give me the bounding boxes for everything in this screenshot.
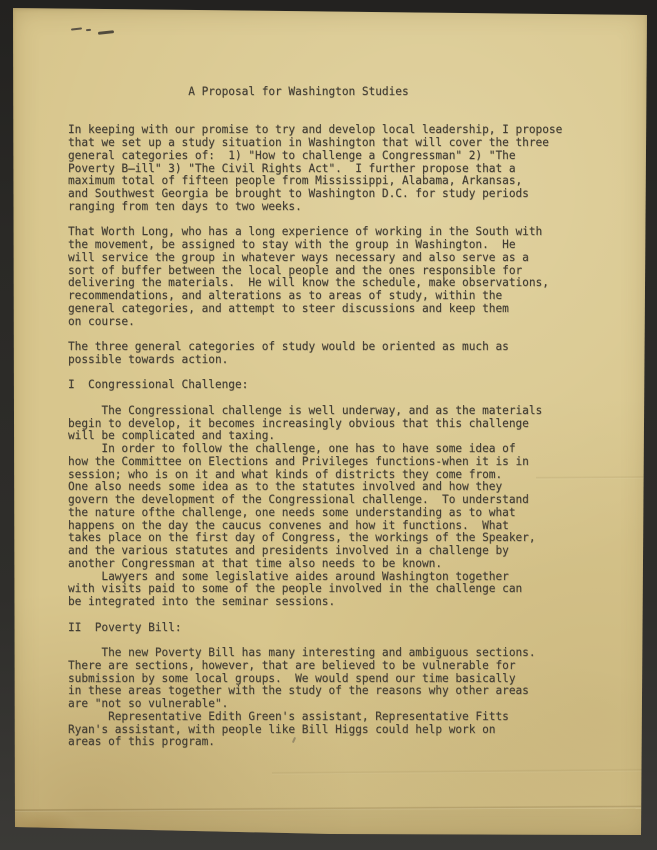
text-line: In order to follow the challenge, one ha… — [68, 443, 562, 456]
text-line: recommendations, and alterations as to a… — [68, 290, 562, 303]
text-line: how the Committee on Elections and Privi… — [68, 456, 562, 469]
document-page: A Proposal for Washington Studies In kee… — [12, 8, 648, 838]
text-line: There are sections, however, that are be… — [68, 660, 562, 673]
text-line: general categories, and attempt to steer… — [68, 303, 562, 316]
text-line: areas of this program. — [68, 736, 562, 749]
text-line: A Proposal for Washington Studies — [68, 86, 562, 99]
text-line: govern the development of the Congressio… — [68, 494, 562, 507]
text-line: The new Poverty Bill has many interestin… — [68, 647, 562, 660]
text-line: be integrated into the seminar sessions. — [68, 596, 562, 609]
text-line: possible towards action. — [68, 354, 562, 367]
text-line: another Congressman at that time also ne… — [68, 558, 562, 571]
pen-mark — [71, 27, 82, 30]
pen-mark — [98, 30, 114, 35]
scan-backdrop: A Proposal for Washington Studies In kee… — [0, 0, 657, 850]
text-line: The three general categories of study wo… — [68, 341, 562, 354]
pen-mark — [86, 29, 91, 31]
text-line: general categories of: 1) "How to challe… — [68, 150, 562, 163]
text-line: ranging from ten days to two weeks. — [68, 201, 562, 214]
text-line — [68, 99, 562, 112]
text-line: and Southwest Georgia be brought to Wash… — [68, 188, 562, 201]
text-line: Representative Edith Green's assistant, … — [68, 711, 562, 724]
text-line: the movement, be assigned to stay with t… — [68, 239, 562, 252]
text-line: and the various statutes and presidents … — [68, 545, 562, 558]
text-line: will service the group in whatever ways … — [68, 252, 562, 265]
paper-stain — [12, 794, 112, 838]
text-line: I Congressional Challenge: — [68, 379, 562, 392]
text-line: The Congressional challenge is well unde… — [68, 405, 562, 418]
document-text: A Proposal for Washington Studies In kee… — [68, 86, 562, 749]
text-line: are "not so vulnerable". — [68, 698, 562, 711]
text-line: that we set up a study situation in Wash… — [68, 137, 562, 150]
text-line: II Poverty Bill: — [68, 622, 562, 635]
text-line — [68, 392, 562, 405]
text-line: the nature ofthe challenge, one needs so… — [68, 507, 562, 520]
text-line — [68, 609, 562, 622]
paper-crease — [272, 768, 646, 774]
text-line: on course. — [68, 316, 562, 329]
